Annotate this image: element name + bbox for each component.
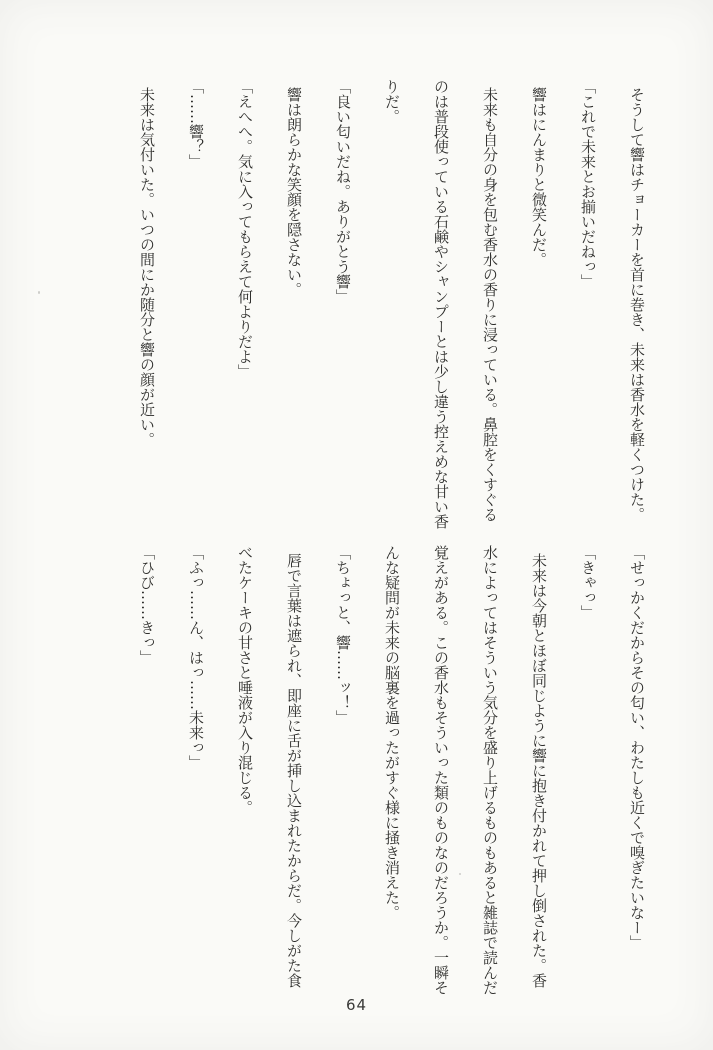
text-column: 覚えがある。この香水もそういった類のものなのだろうか。一瞬そ <box>416 545 465 1017</box>
text-column: 唇で言葉は遮られ、即座に舌が挿し込まれたからだ。今しがた食 <box>269 545 318 1017</box>
text-block-bottom: 「せっかくだからその匂い、わたしも近くで嗅ぎたいなー」 「きゃっ」 未来は今朝と… <box>122 545 661 1017</box>
text-column: 「せっかくだからその匂い、わたしも近くで嗅ぎたいなー」 <box>612 545 661 1017</box>
text-column: 「えへへ。気に入ってもらえて何よりだよ」 <box>220 79 269 551</box>
text-column: 「ひび……きっ」 <box>122 545 171 1017</box>
text-column: 未来も自分の身を包む香水の香りに浸っている。鼻腔をくすぐる <box>465 79 514 551</box>
text-column: 「ちょっと、響……ッ！」 <box>318 545 367 1017</box>
text-column: 響は朗らかな笑顔を隠さない。 <box>269 79 318 551</box>
text-column: 「ふっ……ん、はっ……未来っ」 <box>171 545 220 1017</box>
text-column: そうして響はチョーカーを首に巻き、未来は香水を軽くつけた。 <box>612 79 661 551</box>
text-column: 響はにんまりと微笑んだ。 <box>514 79 563 551</box>
text-column: べたケーキの甘さと唾液が入り混じる。 <box>220 545 269 1017</box>
scan-speck <box>459 873 461 875</box>
text-column: 水によってはそういう気分を盛り上げるものもあると雑誌で読んだ <box>465 545 514 1017</box>
text-column: 未来は気付いた。いつの間にか随分と響の顔が近い。 <box>122 79 171 551</box>
text-column: 「きゃっ」 <box>563 545 612 1017</box>
text-column: 「……響？」 <box>171 79 220 551</box>
scanned-page: そうして響はチョーカーを首に巻き、未来は香水を軽くつけた。 「これで未来とお揃い… <box>0 0 713 1050</box>
text-column: のは普段使っている石鹸やシャンプーとは少し違う控えめな甘い香 <box>416 79 465 551</box>
text-column: 「これで未来とお揃いだねっ」 <box>563 79 612 551</box>
text-column: 未来は今朝とほぼ同じように響に抱き付かれて押し倒された。香 <box>514 545 563 1017</box>
scan-speck <box>38 291 40 294</box>
text-column: んな疑問が未来の脳裏を過ったがすぐ様に掻き消えた。 <box>367 545 416 1017</box>
text-column: 「良い匂いだね。ありがとう響」 <box>318 79 367 551</box>
text-block-top: そうして響はチョーカーを首に巻き、未来は香水を軽くつけた。 「これで未来とお揃い… <box>122 79 661 551</box>
text-column: りだ。 <box>367 79 416 551</box>
page-number: 64 <box>0 996 713 1014</box>
